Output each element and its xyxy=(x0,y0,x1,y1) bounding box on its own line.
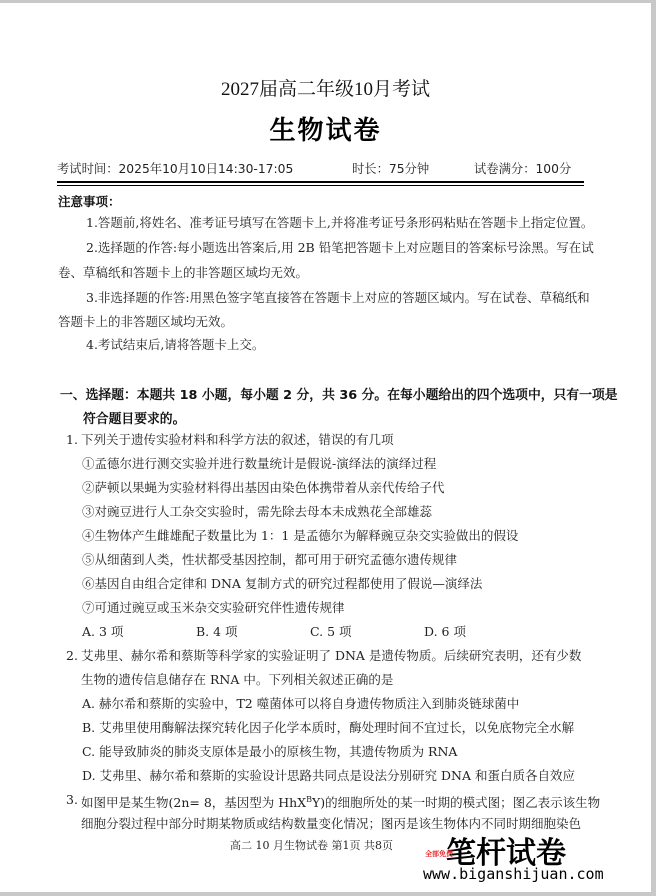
notice-item-3-line-1: 3.非选择题的作答:用黑色签字笔直接答在答题卡上对应的答题区域内。写在试卷、草稿… xyxy=(86,290,590,306)
exam-time: 考试时间：2025年10月10日14:30-17:05 xyxy=(57,159,293,177)
question-2-number: 2. xyxy=(66,648,78,664)
question-1-statement-6: ⑥基因自由组合定律和 DNA 复制方式的研究过程都使用了假说—演绎法 xyxy=(82,576,482,592)
question-1-statement-2: ②萨顿以果蝇为实验材料得出基因由染色体携带着从亲代传给子代 xyxy=(82,480,445,496)
question-1-number: 1. xyxy=(66,432,78,448)
question-1-option-c: C. 5 项 xyxy=(310,624,352,640)
notice-item-3-line-2: 答题卡上的非答题区域均无效。 xyxy=(58,314,233,330)
section-heading-line-2: 符合题目要求的。 xyxy=(83,408,185,427)
question-1-option-b: B. 4 项 xyxy=(196,624,238,640)
page-footer: 高二 10 月生物试卷 第1页 共8页 xyxy=(230,837,393,853)
header-rule-thick xyxy=(57,181,584,183)
exam-title: 2027届高二年级10月考试 xyxy=(0,74,651,101)
question-2-option-c: C. 能导致肺炎的肺炎支原体是最小的原核生物，其遗传物质为 RNA xyxy=(82,744,457,760)
question-2-stem-line-2: 生物的遗传信息储存在 RNA 中。下列相关叙述正确的是 xyxy=(81,672,393,688)
question-2-option-b: B. 艾弗里使用酶解法探究转化因子化学本质时，酶处理时间不宜过长，以免底物完全水… xyxy=(82,720,574,736)
question-1-stem: 下列关于遗传实验材料和科学方法的叙述，错误的有几项 xyxy=(81,432,394,448)
question-1-statement-3: ③对豌豆进行人工杂交实验时，需先除去母本未成熟花全部雄蕊 xyxy=(82,504,432,520)
question-3-stem-part-1: 如图甲是某生物(2n= 8，基因型为 HhX xyxy=(81,795,306,810)
question-3-stem-part-2: Y)的细胞所处的某一时期的模式图；图乙表示该生物 xyxy=(312,795,600,810)
question-2-stem-line-1: 艾弗里、赫尔希和蔡斯等科学家的实验证明了 DNA 是遗传物质。后续研究表明，还有… xyxy=(81,648,581,664)
notice-heading: 注意事项： xyxy=(58,192,121,210)
section-heading-line-1: 一、选择题：本题共 18 小题，每小题 2 分，共 36 分。在每小题给出的四个… xyxy=(60,384,618,403)
question-3-number: 3. xyxy=(66,792,78,808)
header-rule-thin xyxy=(57,185,584,186)
watermark-free-tag: 全部免费 xyxy=(425,849,453,859)
notice-item-2-line-2: 卷、草稿纸和答题卡上的非答题区域均无效。 xyxy=(58,265,308,281)
full-score: 试卷满分：100分 xyxy=(474,159,571,177)
exam-page: 2027届高二年级10月考试 生物试卷 考试时间：2025年10月10日14:3… xyxy=(0,3,651,892)
question-1-statement-1: ①孟德尔进行测交实验并进行数量统计是假说-演绎法的演绎过程 xyxy=(82,456,436,472)
question-2-option-d: D. 艾弗里、赫尔希和蔡斯的实验设计思路共同点是设法分别研究 DNA 和蛋白质各… xyxy=(82,768,575,784)
notice-item-4: 4.考试结束后,请将答题卡上交。 xyxy=(86,337,264,353)
watermark-url: www.biganshijuan.com xyxy=(423,865,604,883)
notice-item-2-line-1: 2.选择题的作答:每小题选出答案后,用 2B 铅笔把答题卡上对应题目的答案标号涂… xyxy=(86,240,594,256)
question-1-option-d: D. 6 项 xyxy=(424,624,466,640)
question-3-stem-line-1: 如图甲是某生物(2n= 8，基因型为 HhXBY)的细胞所处的某一时期的模式图；… xyxy=(81,792,600,811)
question-1-statement-4: ④生物体产生雌雄配子数量比为 1：1 是孟德尔为解释豌豆杂交实验做出的假设 xyxy=(82,528,518,544)
question-2-option-a: A. 赫尔希和蔡斯的实验中，T2 噬菌体可以将自身遗传物质注入到肺炎链球菌中 xyxy=(82,696,519,712)
question-1-option-a: A. 3 项 xyxy=(82,624,123,640)
question-1-statement-5: ⑤从细菌到人类，性状都受基因控制，都可用于研究孟德尔遗传规律 xyxy=(82,552,457,568)
question-1-statement-7: ⑦可通过豌豆或玉米杂交实验研究伴性遗传规律 xyxy=(82,600,345,616)
duration: 时长：75分钟 xyxy=(352,159,429,177)
notice-item-1: 1.答题前,将姓名、准考证号填写在答题卡上,并将准考证号条形码粘贴在答题卡上指定… xyxy=(86,215,593,231)
subject-title: 生物试卷 xyxy=(0,110,651,147)
